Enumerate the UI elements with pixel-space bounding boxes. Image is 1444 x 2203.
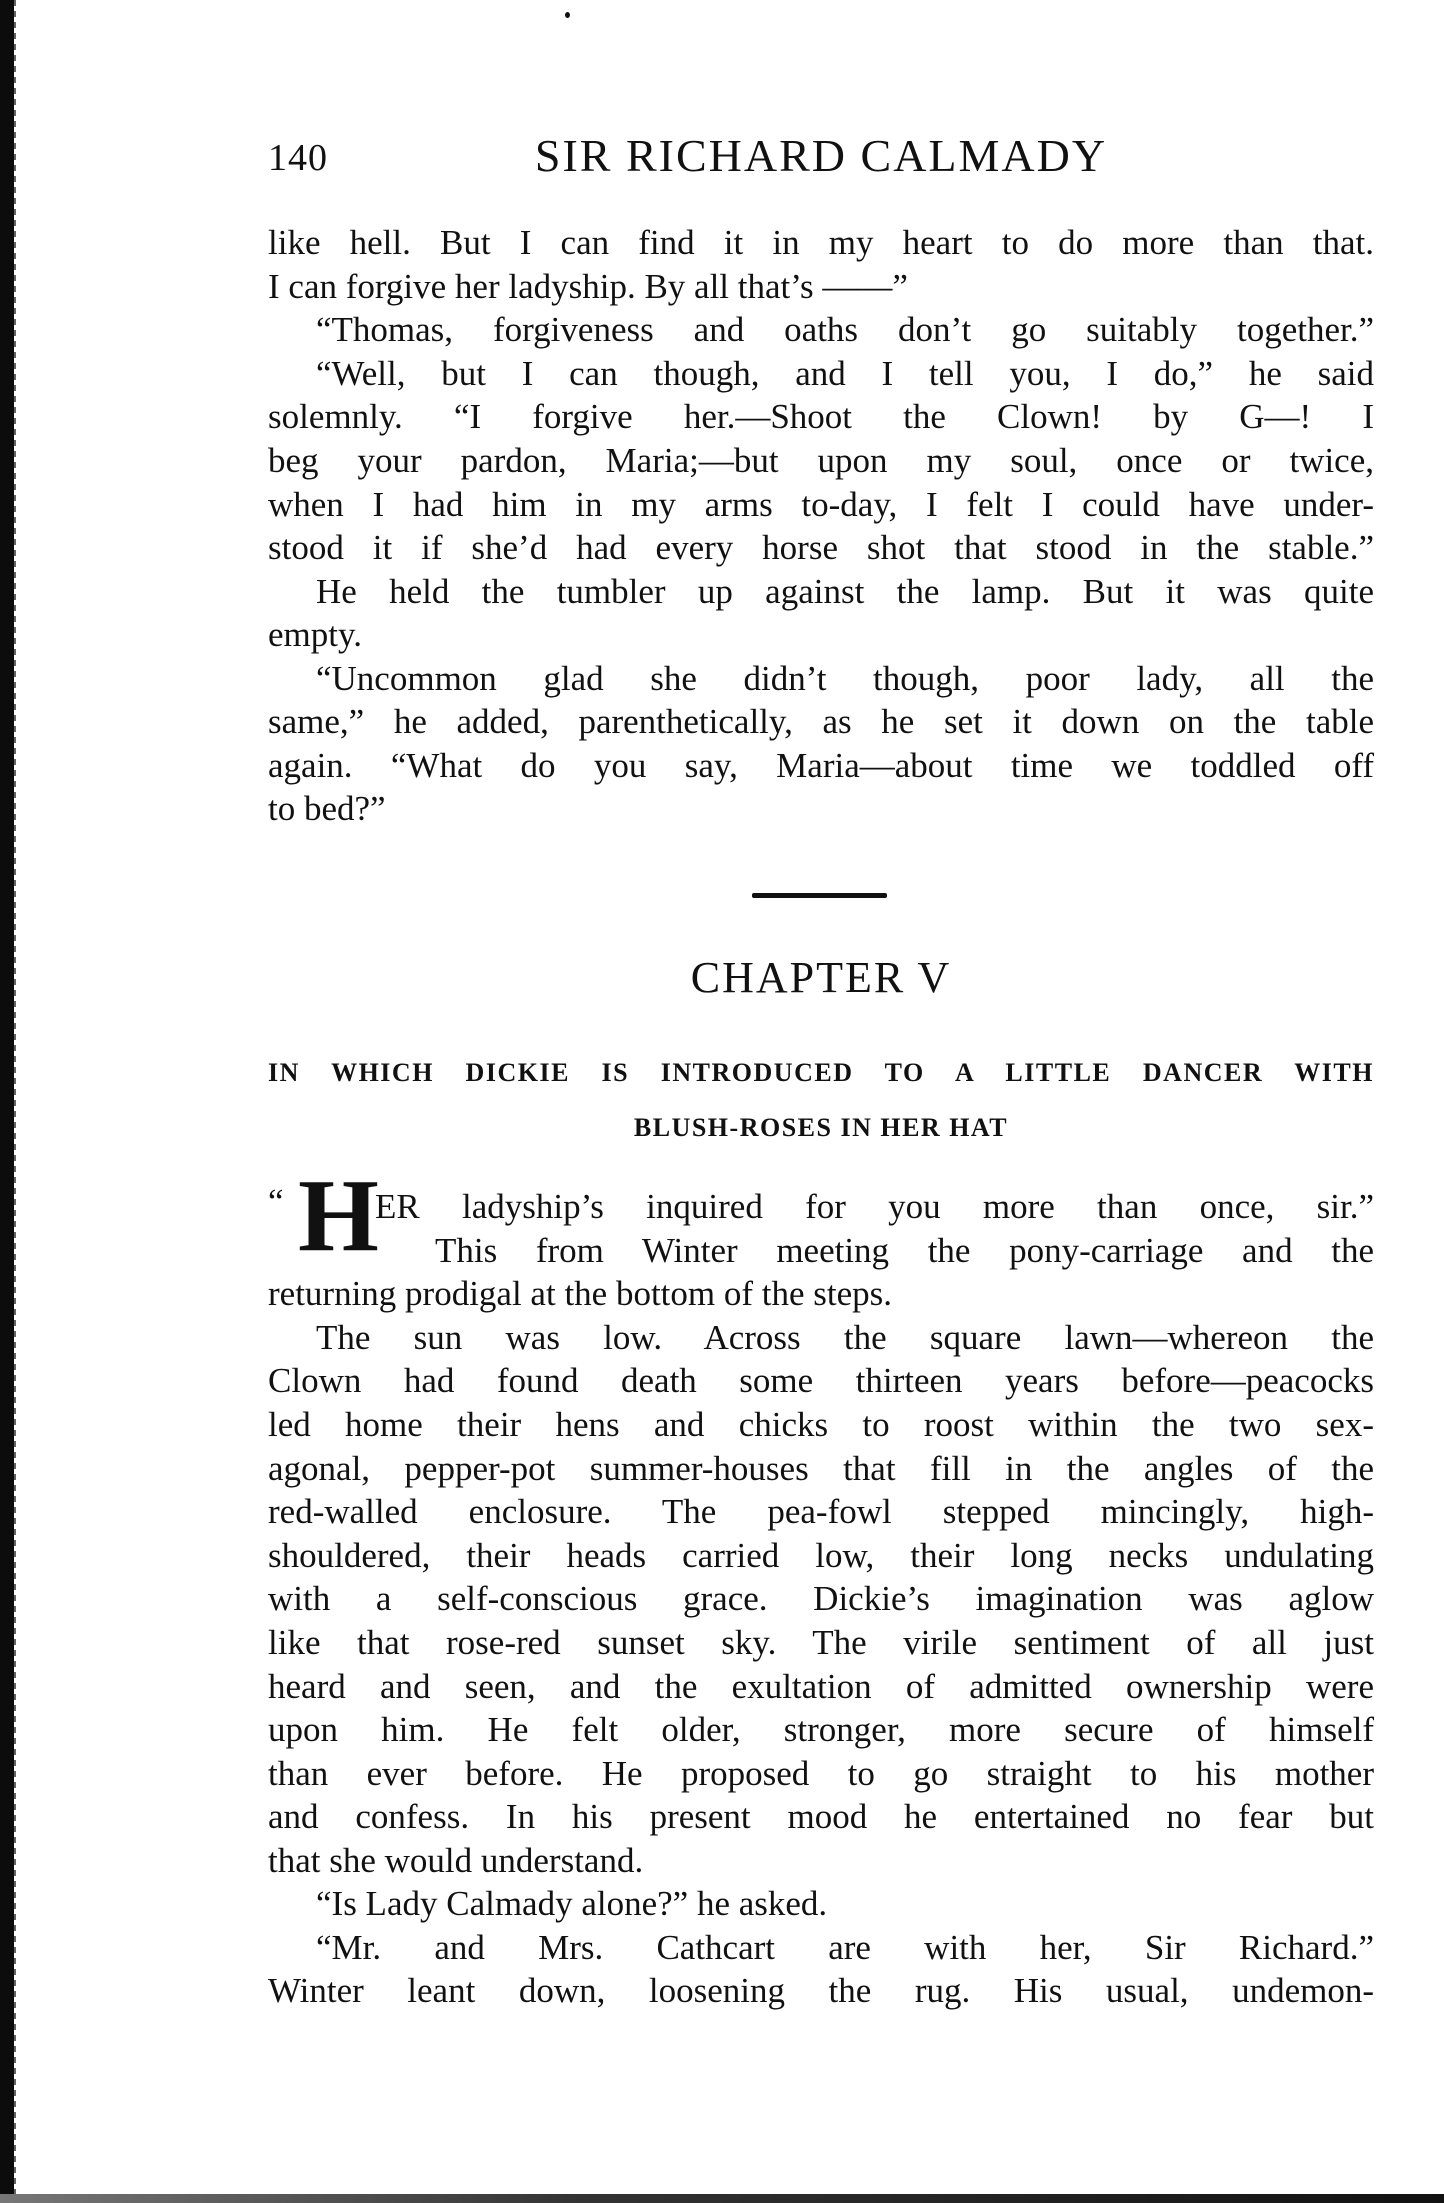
text-line: The sun was low. Across the square lawn—… xyxy=(316,1316,1374,1360)
text-line: I can forgive her ladyship. By all that’… xyxy=(268,265,1374,309)
scan-speck xyxy=(565,12,570,18)
text-line: that she would understand. xyxy=(268,1839,1374,1883)
drop-cap-initial: H xyxy=(298,1168,379,1264)
book-title: SIR RICHARD CALMADY xyxy=(268,128,1374,184)
text-line: returning prodigal at the bottom of the … xyxy=(268,1272,1374,1316)
text-line: solemnly. “I forgive her.—Shoot the Clow… xyxy=(268,395,1374,439)
text-line: agonal, pepper-pot summer-houses that fi… xyxy=(268,1447,1374,1491)
text-line: This from Winter meeting the pony-carria… xyxy=(435,1229,1374,1273)
text-line: shouldered, their heads carried low, the… xyxy=(268,1534,1374,1578)
text-line: same,” he added, parenthetically, as he … xyxy=(268,700,1374,744)
text-line: like that rose-red sunset sky. The viril… xyxy=(268,1621,1374,1665)
text-line: and confess. In his present mood he ente… xyxy=(268,1795,1374,1839)
text-line: red-walled enclosure. The pea-fowl stepp… xyxy=(268,1490,1374,1534)
text-line: “Well, but I can though, and I tell you,… xyxy=(316,352,1374,396)
text-line: than ever before. He proposed to go stra… xyxy=(268,1752,1374,1796)
text-line: Clown had found death some thirteen year… xyxy=(268,1359,1374,1403)
scanned-bottom-edge xyxy=(0,2194,1444,2203)
text-line: empty. xyxy=(268,613,1374,657)
text-line: “Mr. and Mrs. Cathcart are with her, Sir… xyxy=(316,1926,1374,1970)
text-line: Winter leant down, loosening the rug. Hi… xyxy=(268,1969,1374,2013)
running-head: 140 SIR RICHARD CALMADY xyxy=(268,128,1374,184)
text-line: He held the tumbler up against the lamp.… xyxy=(316,570,1374,614)
chapter-heading: CHAPTER V xyxy=(268,952,1374,1004)
text-line: beg your pardon, Maria;—but upon my soul… xyxy=(268,439,1374,483)
section-divider-rule xyxy=(752,893,887,898)
scanned-spine-edge xyxy=(14,0,16,2203)
text-line: “Thomas, forgiveness and oaths don’t go … xyxy=(316,308,1374,352)
text-line: heard and seen, and the exultation of ad… xyxy=(268,1665,1374,1709)
text-line: when I had him in my arms to-day, I felt… xyxy=(268,483,1374,527)
text-line: led home their hens and chicks to roost … xyxy=(268,1403,1374,1447)
scanned-spine-border xyxy=(0,0,14,2203)
text-line: ER ladyship’s inquired for you more than… xyxy=(375,1185,1374,1229)
text-line: “Uncommon glad she didn’t though, poor l… xyxy=(316,657,1374,701)
text-line: stood it if she’d had every horse shot t… xyxy=(268,526,1374,570)
text-line: “Is Lady Calmady alone?” he asked. xyxy=(316,1882,1374,1926)
chapter-subtitle-line-1: IN WHICH DICKIE IS INTRODUCED TO A LITTL… xyxy=(268,1057,1374,1089)
opening-quote-mark: “ xyxy=(268,1180,284,1224)
text-line: again. “What do you say, Maria—about tim… xyxy=(268,744,1374,788)
book-page: 140 SIR RICHARD CALMADY like hell. But I… xyxy=(0,0,1444,2203)
text-line: like hell. But I can find it in my heart… xyxy=(268,221,1374,265)
chapter-subtitle-line-2: BLUSH-ROSES IN HER HAT xyxy=(268,1112,1374,1144)
text-line: with a self-conscious grace. Dickie’s im… xyxy=(268,1577,1374,1621)
text-line: upon him. He felt older, stronger, more … xyxy=(268,1708,1374,1752)
text-line: to bed?” xyxy=(268,787,1374,831)
